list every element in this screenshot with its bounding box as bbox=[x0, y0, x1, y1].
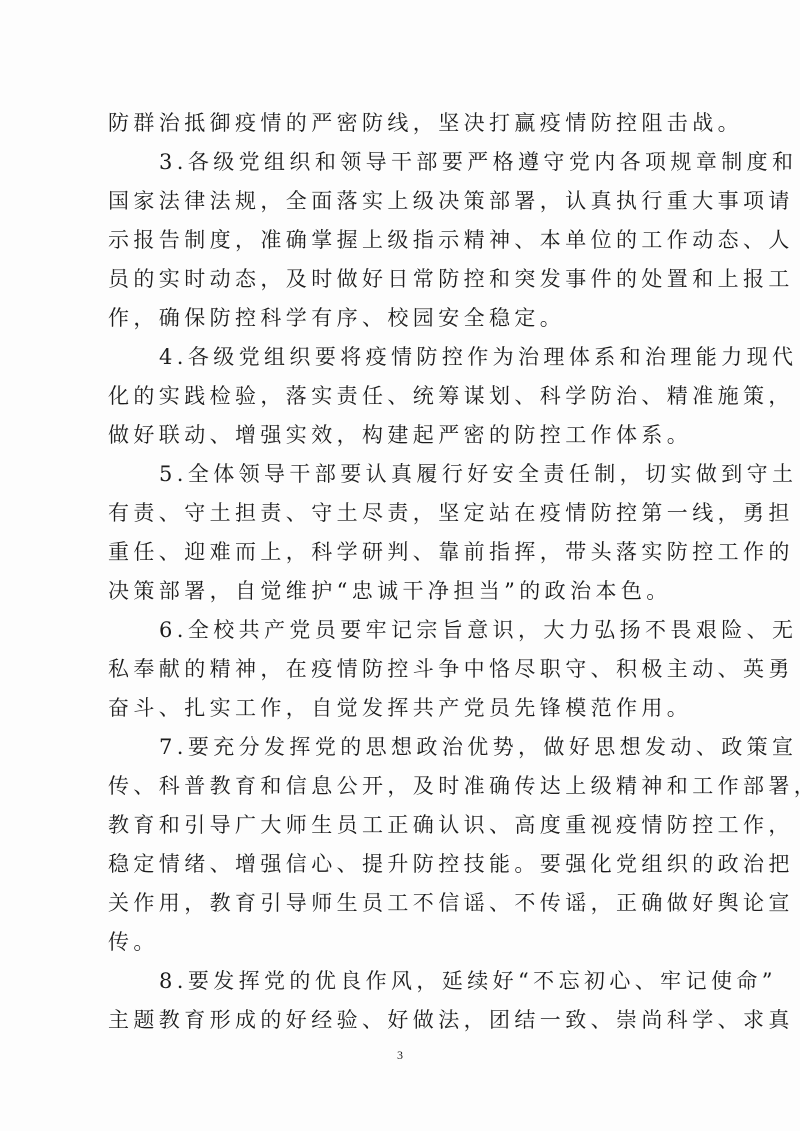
text-line: 稳定情绪、增强信心、提升防控技能。要强化党组织的政治把 bbox=[108, 845, 708, 884]
paragraph-item-7: 7.要充分发挥党的思想政治优势，做好思想发动、政策宣 传、科普教育和信息公开，及… bbox=[108, 728, 708, 962]
text-line: 关作用，教育引导师生员工不信谣、不传谣，正确做好舆论宣 bbox=[108, 884, 708, 923]
document-body: 防群治抵御疫情的严密防线，坚决打赢疫情防控阻击战。 3.各级党组织和领导干部要严… bbox=[108, 104, 708, 1040]
text-line: 作，确保防控科学有序、校园安全稳定。 bbox=[108, 299, 708, 338]
text-line: 7.要充分发挥党的思想政治优势，做好思想发动、政策宣 bbox=[108, 728, 708, 767]
paragraph-item-8: 8.要发挥党的优良作风，延续好“不忘初心、牢记使命” 主题教育形成的好经验、好做… bbox=[108, 962, 708, 1040]
text-line: 6.全校共产党员要牢记宗旨意识，大力弘扬不畏艰险、无 bbox=[108, 611, 708, 650]
text-line: 化的实践检验，落实责任、统筹谋划、科学防治、精准施策， bbox=[108, 377, 708, 416]
text-line: 示报告制度，准确掌握上级指示精神、本单位的工作动态、人 bbox=[108, 221, 708, 260]
text-line: 员的实时动态，及时做好日常防控和突发事件的处置和上报工 bbox=[108, 260, 708, 299]
paragraph-continuation: 防群治抵御疫情的严密防线，坚决打赢疫情防控阻击战。 bbox=[108, 104, 708, 143]
paragraph-item-3: 3.各级党组织和领导干部要严格遵守党内各项规章制度和 国家法律法规，全面落实上级… bbox=[108, 143, 708, 338]
text-line: 4.各级党组织要将疫情防控作为治理体系和治理能力现代 bbox=[108, 338, 708, 377]
text-line: 重任、迎难而上，科学研判、靠前指挥，带头落实防控工作的 bbox=[108, 533, 708, 572]
text-line: 传。 bbox=[108, 923, 708, 962]
page-number: 3 bbox=[0, 1048, 800, 1063]
text-line: 8.要发挥党的优良作风，延续好“不忘初心、牢记使命” bbox=[108, 962, 708, 1001]
text-line: 主题教育形成的好经验、好做法，团结一致、崇尚科学、求真 bbox=[108, 1001, 708, 1040]
text-line: 决策部署，自觉维护“忠诚干净担当”的政治本色。 bbox=[108, 572, 708, 611]
text-line: 做好联动、增强实效，构建起严密的防控工作体系。 bbox=[108, 416, 708, 455]
text-line: 5.全体领导干部要认真履行好安全责任制，切实做到守土 bbox=[108, 455, 708, 494]
text-line: 3.各级党组织和领导干部要严格遵守党内各项规章制度和 bbox=[108, 143, 708, 182]
paragraph-item-5: 5.全体领导干部要认真履行好安全责任制，切实做到守土 有责、守土担责、守土尽责，… bbox=[108, 455, 708, 611]
text-line: 私奉献的精神，在疫情防控斗争中恪尽职守、积极主动、英勇 bbox=[108, 650, 708, 689]
text-line: 防群治抵御疫情的严密防线，坚决打赢疫情防控阻击战。 bbox=[108, 104, 708, 143]
paragraph-item-6: 6.全校共产党员要牢记宗旨意识，大力弘扬不畏艰险、无 私奉献的精神，在疫情防控斗… bbox=[108, 611, 708, 728]
text-line: 国家法律法规，全面落实上级决策部署，认真执行重大事项请 bbox=[108, 182, 708, 221]
text-line: 教育和引导广大师生员工正确认识、高度重视疫情防控工作， bbox=[108, 806, 708, 845]
paragraph-item-4: 4.各级党组织要将疫情防控作为治理体系和治理能力现代 化的实践检验，落实责任、统… bbox=[108, 338, 708, 455]
text-line: 奋斗、扎实工作，自觉发挥共产党员先锋模范作用。 bbox=[108, 689, 708, 728]
text-line: 传、科普教育和信息公开，及时准确传达上级精神和工作部署， bbox=[108, 767, 708, 806]
text-line: 有责、守土担责、守土尽责，坚定站在疫情防控第一线，勇担 bbox=[108, 494, 708, 533]
document-page: 防群治抵御疫情的严密防线，坚决打赢疫情防控阻击战。 3.各级党组织和领导干部要严… bbox=[0, 0, 800, 1131]
